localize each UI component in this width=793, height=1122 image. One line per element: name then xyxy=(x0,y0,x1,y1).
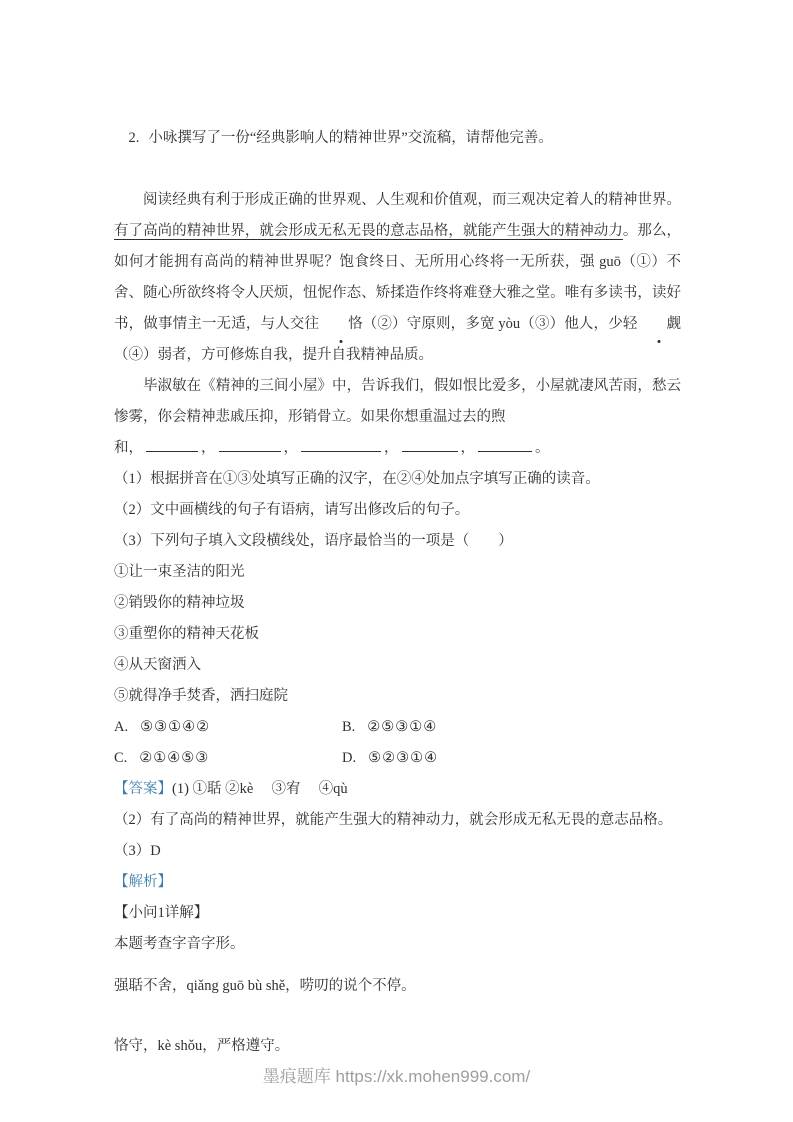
analysis-tag: 【解析】 xyxy=(114,867,681,898)
blank-field xyxy=(478,438,532,452)
question-heading: 2.小咏撰写了一份“经典影响人的精神世界”交流稿，请帮他完善。 xyxy=(114,92,681,185)
answer-line-1-text: (1) ①聒 ②kè ③宥 ④qù xyxy=(172,781,348,797)
footer-site-name: 墨痕题库 xyxy=(263,1067,331,1086)
option-B-label: B. xyxy=(342,719,355,735)
blank-separator: ， xyxy=(284,440,299,456)
blank-field xyxy=(301,438,381,452)
underlined-sentence: 有了高尚的精神世界，就会形成无私无畏的意志品格，就能产生强大的精神动力 xyxy=(114,223,623,239)
sentence-item-2: ②销毁你的精神垃圾 xyxy=(114,588,681,619)
option-A: A.⑤③①④② xyxy=(114,712,342,743)
fill-blanks-line: 和，，，，，。 xyxy=(114,433,681,464)
sentence-item-5: ⑤就得净手焚香，洒扫庭院 xyxy=(114,681,681,712)
option-A-sequence: ⑤③①④② xyxy=(140,719,210,735)
analysis-text-2: 强聒不舍，qiǎng guō bù shě，唠叨的说个不停。 xyxy=(114,971,681,1002)
footer-url-link[interactable]: https://xk.mohen999.com/ xyxy=(336,1067,531,1086)
blanks-lead: 和， xyxy=(114,440,143,456)
blank-field xyxy=(402,438,458,452)
blank-field xyxy=(219,438,281,452)
emphasized-char-ke: 恪 xyxy=(319,309,363,340)
subquestion-3: （3）下列句子填入文段横线处，语序最恰当的一项是（ ） xyxy=(114,526,681,557)
passage-paragraph-2: 毕淑敏在《精神的三间小屋》中，告诉我们，假如恨比爱多，小屋就凄风苦雨，愁云惨雾，… xyxy=(114,371,681,433)
blank-separator: ， xyxy=(384,440,399,456)
passage-text: 阅读经典有利于形成正确的世界观、人生观和价值观，而三观决定着人的精神世界。 xyxy=(143,192,681,208)
analysis-text-3: 恪守，kè shǒu，严格遵守。 xyxy=(114,1031,681,1062)
option-D-label: D. xyxy=(342,750,356,766)
option-B-sequence: ②⑤③①④ xyxy=(367,719,437,735)
blank-separator: ， xyxy=(201,440,216,456)
answer-line-2: （2）有了高尚的精神世界，就能产生强大的精神动力，就会形成无私无畏的意志品格。 xyxy=(114,805,681,836)
option-C-sequence: ②①④⑤③ xyxy=(139,750,209,766)
answer-line-1: 【答案】(1) ①聒 ②kè ③宥 ④qù xyxy=(114,774,681,805)
option-B: B.②⑤③①④ xyxy=(342,712,570,743)
sentence-item-4: ④从天窗洒入 xyxy=(114,650,681,681)
analysis-subquestion-1-title: 【小问1详解】 xyxy=(114,898,681,929)
sentence-item-3: ③重塑你的精神天花板 xyxy=(114,619,681,650)
answer-line-3: （3）D xyxy=(114,836,681,867)
subquestion-1: （1）根据拼音在①③处填写正确的汉字，在②④处加点字填写正确的读音。 xyxy=(114,464,681,495)
options-row-2: C.②①④⑤③ D.⑤②③①④ xyxy=(114,743,681,774)
option-D-sequence: ⑤②③①④ xyxy=(368,750,438,766)
passage-text: （②）守原则，多宽 yòu（③）他人，少轻 xyxy=(363,316,638,332)
footer: 墨痕题库 https://xk.mohen999.com/ xyxy=(0,1062,793,1087)
blank-terminator: 。 xyxy=(535,440,550,456)
options-row-1: A.⑤③①④② B.②⑤③①④ xyxy=(114,712,681,743)
blank-field xyxy=(146,438,198,452)
document-page: 2.小咏撰写了一份“经典影响人的精神世界”交流稿，请帮他完善。 阅读经典有利于形… xyxy=(0,0,793,1122)
emphasized-char-qu: 觑 xyxy=(638,309,682,340)
sentence-item-1: ①让一束圣洁的阳光 xyxy=(114,557,681,588)
blank-separator: ， xyxy=(461,440,476,456)
question-number: 2. xyxy=(129,130,140,146)
option-A-label: A. xyxy=(114,719,128,735)
passage-paragraph-1: 阅读经典有利于形成正确的世界观、人生观和价值观，而三观决定着人的精神世界。有了高… xyxy=(114,185,681,371)
question-intro: 小咏撰写了一份“经典影响人的精神世界”交流稿，请帮他完善。 xyxy=(148,130,552,146)
answer-tag: 【答案】 xyxy=(114,781,172,797)
option-C-label: C. xyxy=(114,750,127,766)
option-C: C.②①④⑤③ xyxy=(114,743,342,774)
subquestion-2: （2）文中画横线的句子有语病，请写出修改后的句子。 xyxy=(114,495,681,526)
passage-text: （④）弱者，方可修炼自我，提升自我精神品质。 xyxy=(114,347,433,363)
analysis-text-1: 本题考查字音字形。 xyxy=(114,929,681,960)
option-D: D.⑤②③①④ xyxy=(342,743,570,774)
